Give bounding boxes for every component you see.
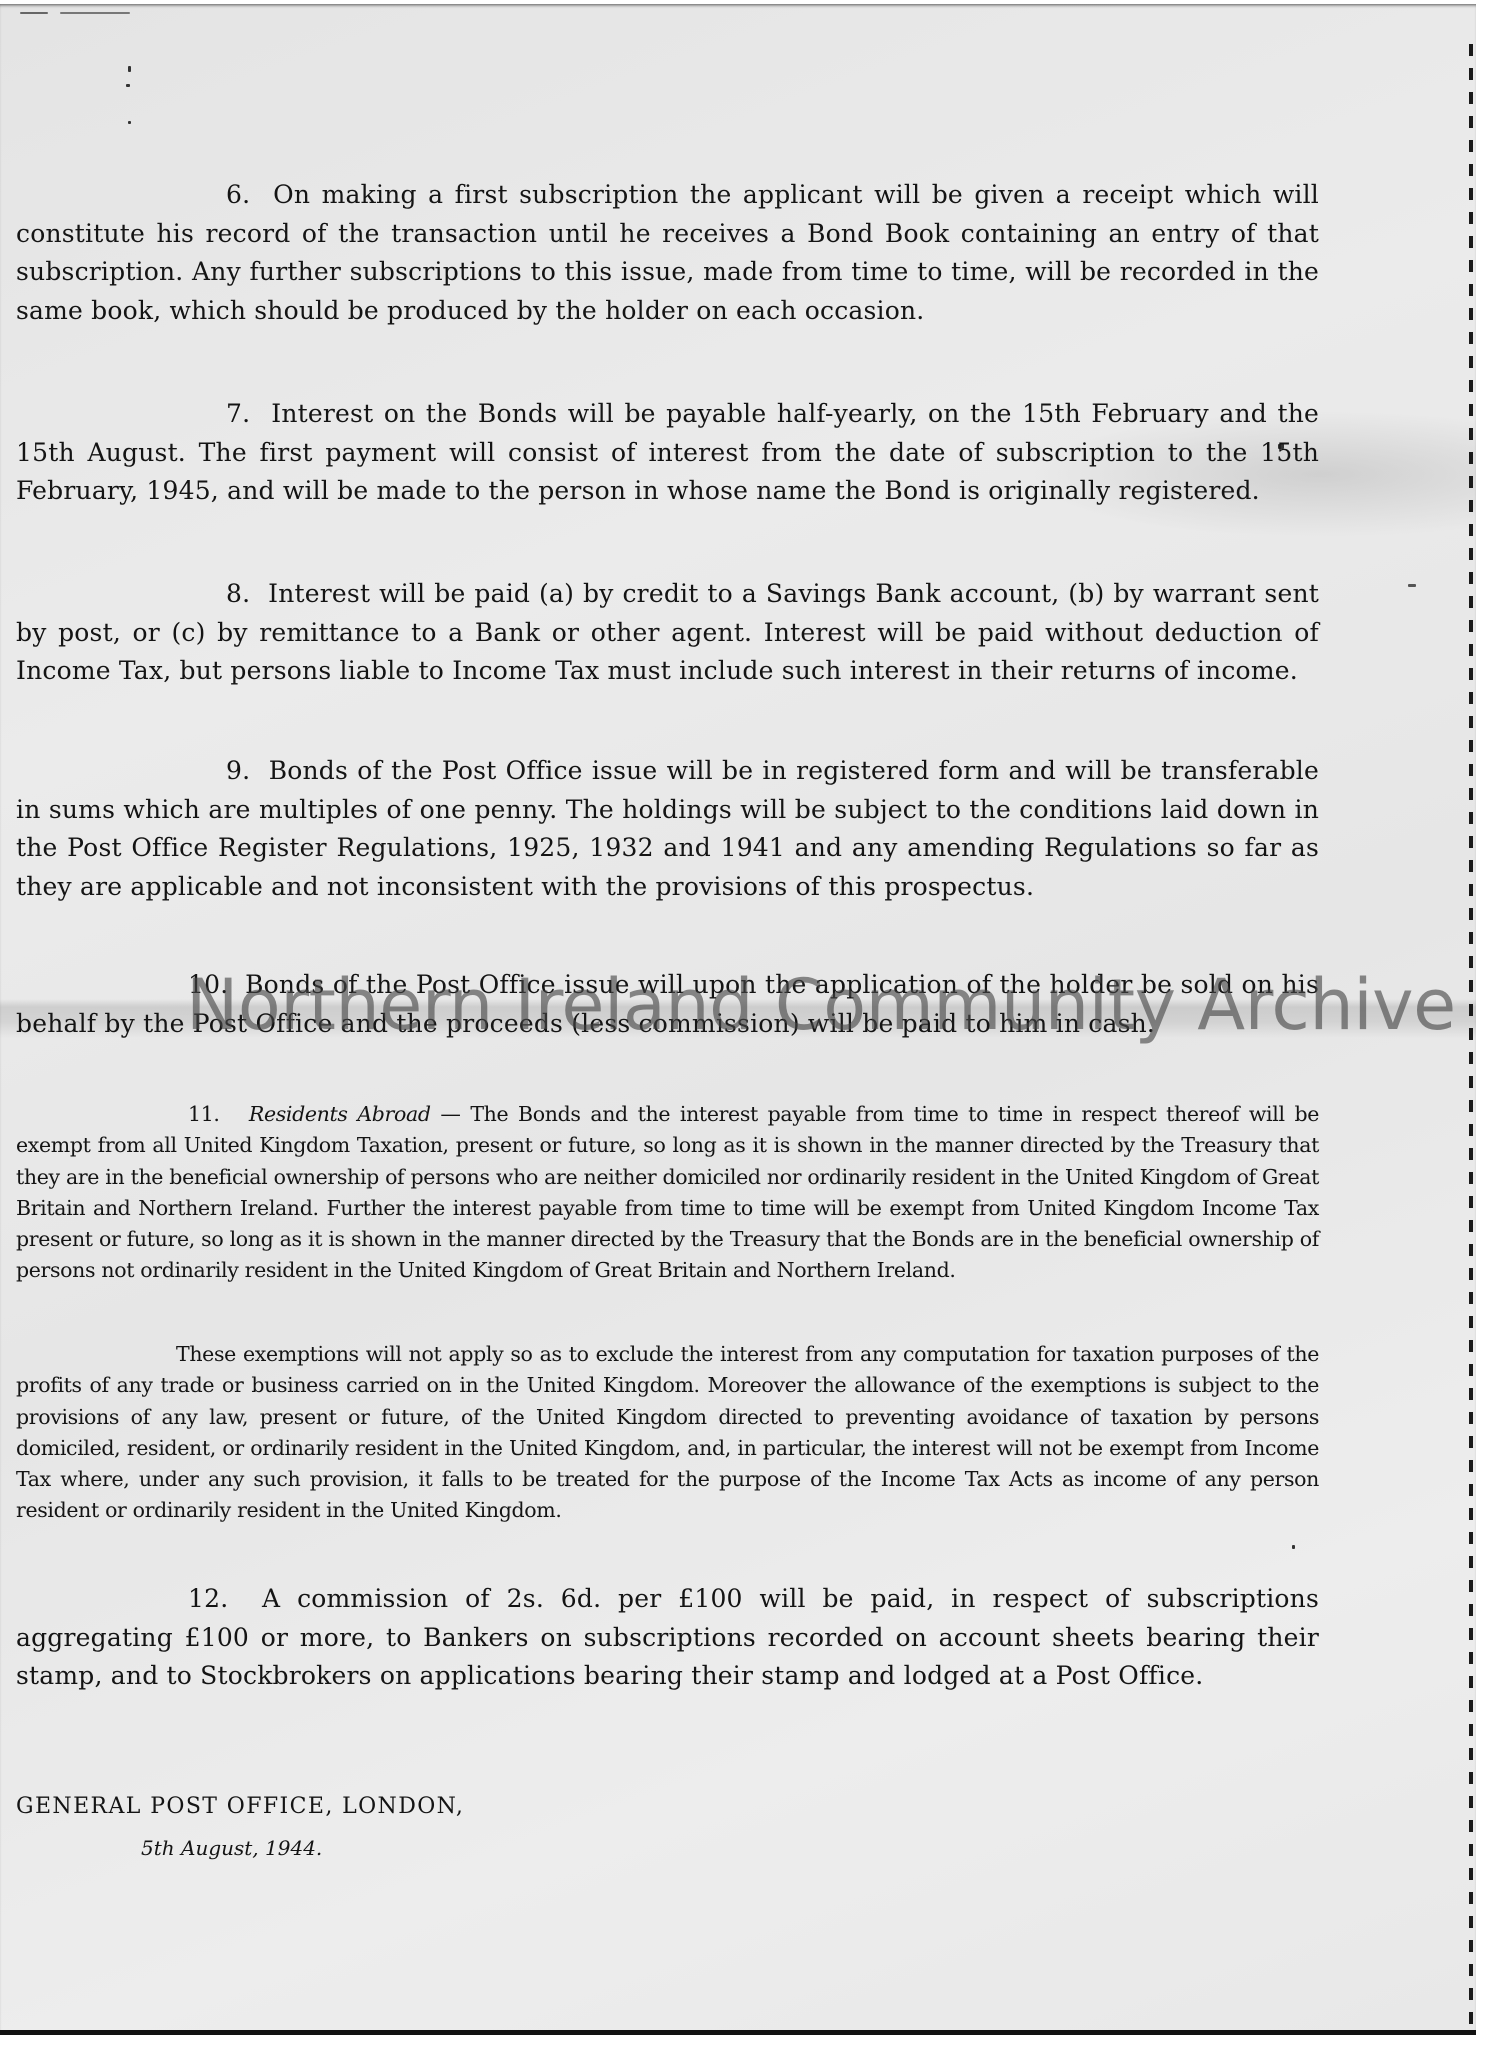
paragraph-text: These exemptions will not apply so as to… xyxy=(16,1342,1319,1522)
document-page: 6. On making a first subscription the ap… xyxy=(0,4,1476,2035)
paragraph-11: 11. Residents Abroad — The Bonds and the… xyxy=(16,1099,1319,1287)
paragraph-number: 8. xyxy=(121,575,250,614)
paragraph-number: 6. xyxy=(121,176,250,215)
paragraph-number: 10. xyxy=(102,966,228,1005)
issuer-signature: GENERAL POST OFFICE, LONDON, xyxy=(16,1794,464,1819)
paragraph-9: 9. Bonds of the Post Office issue will b… xyxy=(16,752,1319,906)
paragraph-number: 9. xyxy=(121,752,250,791)
paragraph-heading: Residents Abroad xyxy=(249,1102,431,1126)
paragraph-6: 6. On making a first subscription the ap… xyxy=(16,176,1319,330)
paragraph-10: 10. Bonds of the Post Office issue will … xyxy=(16,966,1319,1043)
paragraph-8: 8. Interest will be paid (a) by credit t… xyxy=(16,575,1319,691)
paragraph-7: 7. Interest on the Bonds will be payable… xyxy=(16,395,1319,511)
paragraph-number: 12. xyxy=(102,1580,228,1619)
perforation-line xyxy=(1469,44,1473,2030)
paragraph-number: 11. xyxy=(102,1099,220,1130)
paragraph-12: 12. A commission of 2s. 6d. per £100 wil… xyxy=(16,1580,1319,1696)
paragraph-11-continued: These exemptions will not apply so as to… xyxy=(16,1339,1319,1527)
issue-date: 5th August, 1944. xyxy=(141,1836,322,1860)
paragraph-number: 7. xyxy=(121,395,250,434)
